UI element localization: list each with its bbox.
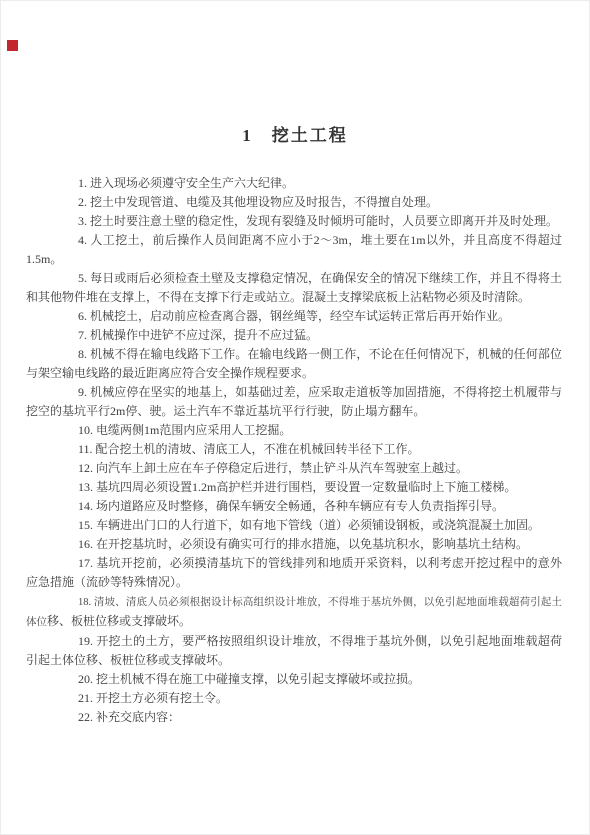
list-item: 12. 向汽车上卸土应在车子停稳定后进行，禁止铲斗从汽车驾驶室上越过。 <box>26 459 562 478</box>
list-item: 2. 挖土中发现管道、电缆及其他埋设物应及时报告，不得擅自处理。 <box>26 193 562 212</box>
list-item: 13. 基坑四周必须设置1.2m高护栏并进行围档，要设置一定数量临时上下施工楼梯… <box>26 478 562 497</box>
list-item: 5. 每日或雨后必须检查土壁及支撑稳定情况，在确保安全的情况下继续工作，并且不得… <box>26 269 562 307</box>
list-item: 19. 开挖土的土方，要严格按照组织设计堆放，不得堆于基坑外侧，以免引起地面堆载… <box>26 632 562 670</box>
list-item: 20. 挖土机械不得在施工中碰撞支撑，以免引起支撑破坏或拉损。 <box>26 670 562 689</box>
list-item: 18. 清坡、清底人员必须根据设计标高组织设计堆放，不得堆于基坑外侧，以免引起地… <box>26 592 562 632</box>
list-item: 21. 开挖土方必须有挖土令。 <box>26 689 562 708</box>
list-item: 14. 场内道路应及时整修，确保车辆安全畅通，各种车辆应有专人负责指挥引导。 <box>26 497 562 516</box>
list-item: 4. 人工挖土，前后操作人员间距离不应小于2～3m，堆土要在1m以外，并且高度不… <box>26 231 562 269</box>
list-item: 7. 机械操作中进铲不应过深，提升不应过猛。 <box>26 326 562 345</box>
list-item: 8. 机械不得在输电线路下工作。在输电线路一侧工作，不论在任何情况下，机械的任何… <box>26 345 562 383</box>
list-item: 15. 车辆进出门口的人行道下，如有地下管线（道）必须铺设钢板，或浇筑混凝土加固… <box>26 516 562 535</box>
list-item: 9. 机械应停在坚实的地基上，如基础过差，应采取走道板等加固措施，不得将挖土机履… <box>26 383 562 421</box>
list-item: 16. 在开挖基坑时，必须设有确实可行的排水措施，以免基坑积水，影响基坑土结构。 <box>26 535 562 554</box>
list-item: 3. 挖土时要注意土壁的稳定性，发现有裂缝及时倾坍可能时，人员要立即离开并及时处… <box>26 212 562 231</box>
list-item: 6. 机械挖土，启动前应检查离合器，钢丝绳等，经空车试运转正常后再开始作业。 <box>26 307 562 326</box>
list-item: 17. 基坑开挖前，必须摸清基坑下的管线排列和地质开采资料，以利考虑开挖过程中的… <box>26 554 562 592</box>
document-title: 1 挖土工程 <box>1 121 589 146</box>
document-page: 1 挖土工程 1. 进入现场必须遵守安全生产六大纪律。 2. 挖土中发现管道、电… <box>0 0 590 835</box>
list-item: 11. 配合挖土机的清坡、清底工人，不准在机械回转半径下工作。 <box>26 440 562 459</box>
list-item-text: 移、板桩位移或支撑破坏。 <box>47 614 191 628</box>
list-item: 10. 电缆两侧1m范围内应采用人工挖掘。 <box>26 421 562 440</box>
list-item: 1. 进入现场必须遵守安全生产六大纪律。 <box>26 174 562 193</box>
list-item: 22. 补充交底内容： <box>26 708 562 727</box>
red-square-icon <box>7 40 18 51</box>
document-body: 1. 进入现场必须遵守安全生产六大纪律。 2. 挖土中发现管道、电缆及其他埋设物… <box>1 174 589 727</box>
